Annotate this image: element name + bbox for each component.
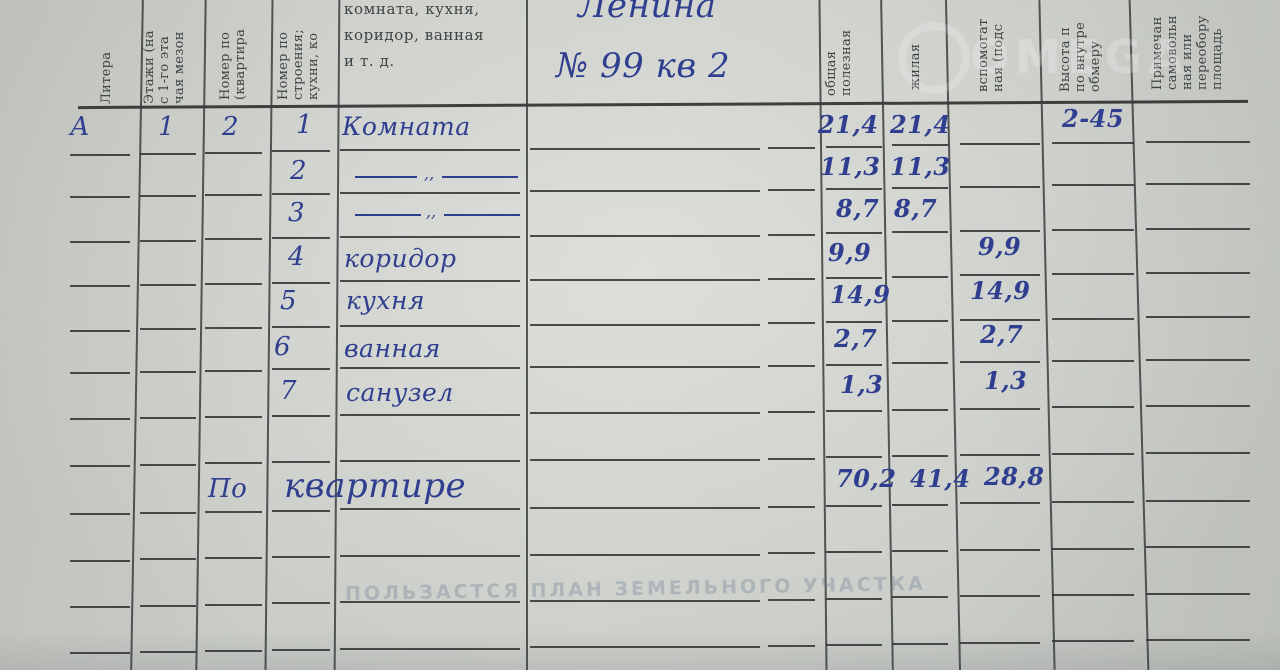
row-rule xyxy=(530,459,760,461)
row-rule xyxy=(1146,500,1250,502)
row-rule xyxy=(768,365,815,367)
room-name: коридор xyxy=(344,244,456,273)
row-rule xyxy=(272,602,330,604)
row-rule xyxy=(826,277,882,279)
room-total-area: 9,9 xyxy=(828,238,871,267)
room-number: 2 xyxy=(290,156,307,186)
row-rule xyxy=(1146,141,1250,143)
row-rule xyxy=(272,510,330,512)
row-rule xyxy=(340,508,520,510)
row-rule xyxy=(1146,359,1250,361)
row-rule xyxy=(1052,406,1134,408)
room-name: ванная xyxy=(344,334,441,363)
floor-value: 1 xyxy=(158,112,175,142)
row-rule xyxy=(768,599,815,601)
row-rule xyxy=(960,361,1040,363)
col-rule xyxy=(880,0,894,670)
row-rule xyxy=(70,606,130,608)
room-name: санузел xyxy=(346,378,454,407)
row-rule xyxy=(70,560,130,562)
row-rule xyxy=(140,195,196,197)
room-number: 7 xyxy=(280,376,297,406)
room-living-area: 8,7 xyxy=(894,194,937,223)
room-number: 3 xyxy=(288,198,305,228)
row-rule xyxy=(892,276,948,278)
row-rule xyxy=(960,549,1040,551)
room-number: 4 xyxy=(288,242,305,272)
totals-label-po: По xyxy=(208,474,247,504)
row-rule xyxy=(530,554,760,556)
room-total-area: 14,9 xyxy=(830,280,890,309)
room-living-area: 21,4 xyxy=(890,110,950,139)
totals-total-area: 70,2 xyxy=(836,464,896,493)
room-total-area: 11,3 xyxy=(820,152,880,181)
row-rule xyxy=(140,417,196,419)
row-rule xyxy=(70,513,130,515)
row-rule xyxy=(340,325,520,327)
row-rule xyxy=(892,409,948,411)
row-rule xyxy=(826,551,882,553)
row-rule xyxy=(205,152,262,154)
watermark-text: OMEGA xyxy=(970,30,1190,84)
row-rule xyxy=(340,149,520,151)
row-rule xyxy=(272,150,330,152)
row-rule xyxy=(530,324,760,326)
row-rule xyxy=(1052,273,1134,275)
ditto-mark: ,, xyxy=(426,202,436,221)
ceiling-height: 2-45 xyxy=(1062,104,1124,133)
row-rule xyxy=(1146,228,1250,230)
row-rule xyxy=(205,370,262,372)
row-rule xyxy=(960,642,1040,644)
col-rule xyxy=(818,0,827,670)
row-rule xyxy=(960,408,1040,410)
row-rule xyxy=(340,648,520,650)
row-rule xyxy=(205,238,262,240)
row-rule xyxy=(272,556,330,558)
row-rule xyxy=(826,505,882,507)
row-rule xyxy=(960,143,1040,145)
row-rule xyxy=(768,147,815,149)
row-rule xyxy=(140,240,196,242)
header-total-area: общая полезная xyxy=(824,29,854,96)
row-rule xyxy=(70,196,130,198)
row-rule xyxy=(1146,546,1250,548)
row-rule xyxy=(768,645,815,647)
row-rule xyxy=(340,280,520,282)
row-rule xyxy=(140,371,196,373)
row-rule xyxy=(340,555,520,557)
row-rule xyxy=(1146,452,1250,454)
row-rule xyxy=(960,454,1040,456)
row-rule xyxy=(272,368,330,370)
row-rule xyxy=(826,410,882,412)
row-rule xyxy=(272,237,330,239)
flat-value: 2 xyxy=(222,112,239,142)
room-number: 5 xyxy=(280,286,297,316)
row-rule xyxy=(1052,142,1134,144)
ditto-dash xyxy=(355,214,421,216)
room-aux-area: 14,9 xyxy=(970,276,1030,305)
row-rule xyxy=(70,372,130,374)
col-rule xyxy=(526,0,528,670)
row-rule xyxy=(892,362,948,364)
row-rule xyxy=(1052,640,1134,642)
row-rule xyxy=(826,232,882,234)
row-rule xyxy=(1146,272,1250,274)
row-rule xyxy=(1146,316,1250,318)
room-aux-area: 2,7 xyxy=(980,320,1023,349)
row-rule xyxy=(530,412,760,414)
header-floors: Этажи (на с 1-го эта чая мезон xyxy=(142,30,187,104)
room-name: кухня xyxy=(346,286,425,315)
row-rule xyxy=(205,283,262,285)
room-aux-area: 9,9 xyxy=(978,232,1021,261)
row-rule xyxy=(1146,405,1250,407)
row-rule xyxy=(826,321,882,323)
ditto-dash xyxy=(442,176,518,178)
row-rule xyxy=(70,154,130,156)
row-rule xyxy=(205,557,262,559)
row-rule xyxy=(205,511,262,513)
row-rule xyxy=(140,328,196,330)
room-number: 6 xyxy=(274,332,291,362)
header-litera: Литера xyxy=(99,52,114,104)
row-rule xyxy=(892,455,948,457)
row-rule xyxy=(140,512,196,514)
litera-value: А xyxy=(70,112,90,142)
row-rule xyxy=(826,598,882,600)
header-flat-number: Номер по (квартира xyxy=(218,29,248,100)
row-rule xyxy=(1052,360,1134,362)
row-rule xyxy=(768,458,815,460)
ditto-dash xyxy=(355,176,417,178)
row-rule xyxy=(530,148,760,150)
row-rule xyxy=(1052,501,1134,503)
room-total-area: 8,7 xyxy=(836,194,879,223)
row-rule xyxy=(205,416,262,418)
row-rule xyxy=(140,558,196,560)
row-rule xyxy=(1146,183,1250,185)
row-rule xyxy=(826,456,882,458)
photo-shadow xyxy=(0,630,1280,670)
row-rule xyxy=(140,153,196,155)
room-living-area: 11,3 xyxy=(890,152,950,181)
header-room-number: Номер по строения; кухни, ко xyxy=(276,29,321,100)
address-street: Ленина xyxy=(578,0,716,26)
room-total-area: 21,4 xyxy=(818,110,878,139)
row-rule xyxy=(768,322,815,324)
row-rule xyxy=(892,320,948,322)
row-rule xyxy=(960,595,1040,597)
row-rule xyxy=(530,507,760,509)
row-rule xyxy=(140,464,196,466)
row-rule xyxy=(892,144,948,146)
row-rule xyxy=(892,643,948,645)
row-rule xyxy=(826,188,882,190)
row-rule xyxy=(70,465,130,467)
row-rule xyxy=(340,460,520,462)
ditto-mark: ,, xyxy=(424,164,434,183)
row-rule xyxy=(1052,594,1134,596)
row-rule xyxy=(340,367,520,369)
row-rule xyxy=(340,192,520,194)
row-rule xyxy=(768,506,815,508)
row-rule xyxy=(140,651,196,653)
row-rule xyxy=(1052,453,1134,455)
col-rule xyxy=(264,0,273,670)
row-rule xyxy=(272,326,330,328)
row-rule xyxy=(1052,318,1134,320)
row-rule xyxy=(892,231,948,233)
row-rule xyxy=(960,186,1040,188)
row-rule xyxy=(205,462,262,464)
row-rule xyxy=(1146,593,1250,595)
room-number: 1 xyxy=(296,110,313,140)
row-rule xyxy=(272,649,330,651)
row-rule xyxy=(340,414,520,416)
row-rule xyxy=(530,646,760,648)
row-rule xyxy=(1052,229,1134,231)
col-rule xyxy=(334,0,341,670)
room-aux-area: 1,3 xyxy=(984,366,1027,395)
row-rule xyxy=(272,282,330,284)
row-rule xyxy=(70,330,130,332)
room-total-area: 2,7 xyxy=(834,324,877,353)
row-rule xyxy=(70,418,130,420)
row-rule xyxy=(140,284,196,286)
row-rule xyxy=(205,194,262,196)
room-name: Комната xyxy=(342,112,471,141)
row-rule xyxy=(272,461,330,463)
totals-aux-area: 28,8 xyxy=(984,462,1044,491)
row-rule xyxy=(530,279,760,281)
row-rule xyxy=(340,236,520,238)
row-rule xyxy=(960,502,1040,504)
row-rule xyxy=(1052,184,1134,186)
col-rule xyxy=(130,0,144,670)
row-rule xyxy=(892,187,948,189)
header-purpose: комната, кухня, коридор, ванная и т. д. xyxy=(344,0,484,74)
row-rule xyxy=(140,605,196,607)
row-rule xyxy=(205,650,262,652)
row-rule xyxy=(892,550,948,552)
row-rule xyxy=(768,189,815,191)
row-rule xyxy=(1052,548,1134,550)
room-total-area: 1,3 xyxy=(840,370,883,399)
row-rule xyxy=(272,415,330,417)
row-rule xyxy=(768,278,815,280)
row-rule xyxy=(768,411,815,413)
row-rule xyxy=(205,327,262,329)
row-rule xyxy=(70,285,130,287)
totals-label-apartment: квартире xyxy=(284,466,466,506)
row-rule xyxy=(272,193,330,195)
row-rule xyxy=(70,241,130,243)
row-rule xyxy=(530,366,760,368)
row-rule xyxy=(768,552,815,554)
row-rule xyxy=(826,146,882,148)
row-rule xyxy=(826,644,882,646)
row-rule xyxy=(530,190,760,192)
address-house-flat: № 99 кв 2 xyxy=(556,46,730,86)
totals-living-area: 41,4 xyxy=(910,464,970,493)
row-rule xyxy=(892,504,948,506)
row-rule xyxy=(768,234,815,236)
row-rule xyxy=(1146,639,1250,641)
watermark-logo-icon xyxy=(898,22,970,94)
row-rule xyxy=(826,364,882,366)
row-rule xyxy=(530,235,760,237)
row-rule xyxy=(70,652,130,654)
row-rule xyxy=(205,604,262,606)
col-rule xyxy=(195,0,206,670)
row-rule xyxy=(892,596,948,598)
ditto-dash xyxy=(444,214,520,216)
